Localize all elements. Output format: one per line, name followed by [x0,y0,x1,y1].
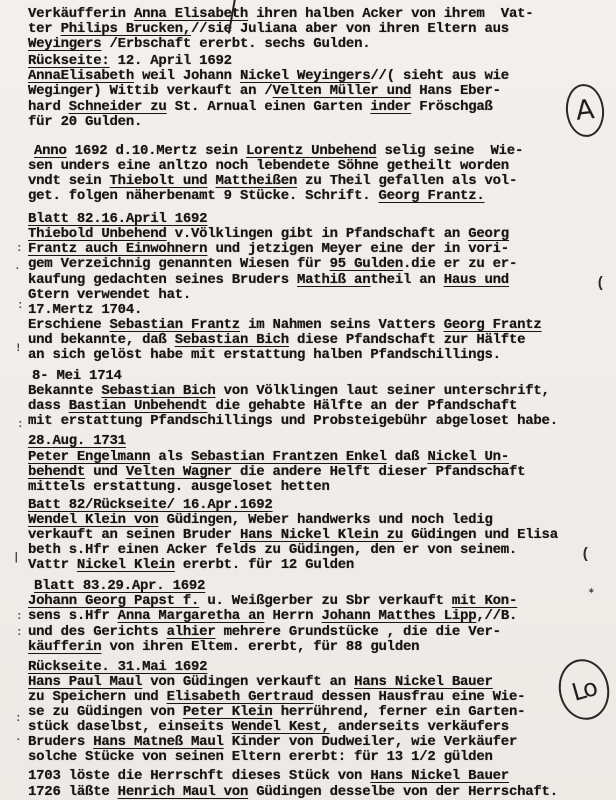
underlined-text: käufferin [28,639,101,655]
text-line: und bekannte, daß Sebastian Bich diese P… [28,333,610,348]
text-line: mit erstattung Pfandschillings und Probs… [28,414,610,429]
text-segment: von ihren Eltem. ererbt, für 88 gulden [101,639,419,655]
text-line: für 20 Gulden. [28,115,610,130]
text-segment: im Nahmen seins Vatters [240,317,444,333]
text-segment: die gehabte Hälfte an der Pfandschaft [207,398,517,414]
underlined-text: Schneider zu [69,99,167,115]
paragraph-block: Blatt 82.16.April 1692Thiebold Unbehend … [28,212,610,363]
text-line: 17.Mertz 1704. [28,303,610,318]
underlined-text: Sebastian Frantzen Enkel [191,449,387,465]
text-segment: Hans Eber- [411,83,501,99]
text-segment: 9 Stücke [224,188,289,204]
text-line: Peter Engelmann als Sebastian Frantzen E… [28,450,610,465]
text-segment: Bruders [28,734,93,750]
text-segment: 1692 d.10.Mertz sein [67,143,246,159]
text-line: Erschiene Sebastian Frantz im Nahmen sei… [28,318,610,333]
text-line: Weyingers /Erbschaft ererbt. sechs Gulde… [28,37,610,52]
text-segment: sens s.Hfr [28,608,118,624]
margin-paren-mark-1: ( [596,275,605,292]
text-line: sen unders eine anltzo noch lebendete Sö… [28,159,610,174]
handwritten-star-mark: ✶ [588,584,595,598]
text-segment: /Erbschaft ererbt. sechs Gulden. [101,36,370,52]
text-segment: beth s.Hfr einen Acker felds zu Güdingen… [28,542,517,558]
scan-margin-mark: . [15,732,22,744]
paragraph-block: Batt 82/Rückseite/ 16.Apr.1692Wendel Kle… [28,498,610,573]
text-line: hard Schneider zu St. Arnual einen Garte… [28,100,610,115]
circled-a-label: A [574,94,596,127]
text-segment: u. Weißgerber zu Sbr verkauft [199,593,452,609]
scan-margin-mark: : [16,611,23,623]
text-line: se zu Güdingen von Peter Klein herrühren… [28,705,610,720]
underlined-text: behendt [28,464,85,480]
scan-margin-mark: : [15,713,22,725]
paragraph-block: Rückseite. 31.Mai 1692Hans Paul Maul von… [28,660,610,766]
text-line: zu Speichern und Elisabeth Gertraud dess… [28,690,610,705]
text-line: 1726 läßte Henrich Maul von Güdingen des… [28,785,610,800]
paragraph-block: Blatt 83.29.Apr. 1692Johann Georg Papst … [28,579,610,654]
text-line: vndt sein Thiebolt und Mattheißen zu The… [28,174,610,189]
underlined-text: Rückseite. 31.Mai 1692 [28,659,207,675]
margin-paren-mark-2: ( [581,546,590,563]
text-segment: und [85,464,126,480]
underlined-text: Anna Margaretha an [118,608,265,624]
text-segment: und jetzigen Meyer eine der in vori- [207,241,509,257]
underlined-text: Georg [468,226,509,242]
text-segment [207,173,215,189]
text-segment: Vattr [28,557,77,573]
text-segment: St. Arnual einen Garten [167,99,371,115]
underlined-text: Nickel Weyingers [240,68,370,84]
text-line: ter Philips Brucken,//sie Juliana aber v… [28,22,610,37]
text-line: Verkäufferin Anna Elisabeth ihren halben… [28,7,610,22]
underlined-text: 95 Gulden [330,256,403,272]
text-segment: und bekannte, daß [28,332,175,348]
text-segment: von Güdingen verkauft an [142,674,354,690]
scan-margin-mark: | [13,552,20,564]
scan-margin-mark: : [17,419,24,431]
text-segment: dass [28,398,69,414]
text-line: Blatt 82.16.April 1692 [28,212,610,227]
text-line: solche Stücke von seinen Eltern ererbt: … [28,750,610,765]
text-segment: an sich gelöst habe mit erstattung halbe… [28,347,501,363]
text-segment: 1703 löste die Herrschft dieses Stück vo… [28,768,370,784]
text-line: mittels erstattung. ausgeloset hetten [28,480,610,495]
text-segment: 8- Mei 1714 [32,368,122,384]
underlined-text: Hans Nickel Klein zu [240,527,403,543]
text-segment: Güdingen desselbe von der Herrschaft. [248,784,558,800]
text-line: Bekannte Sebastian Bich von Völklingen l… [28,384,610,399]
paragraph-block: Rückseite: 12. April 1692AnnaElisabeth w… [28,54,610,129]
text-segment: mehrere Grundstücke , die die Ver- [216,624,501,640]
text-segment: se zu Güdingen von [28,704,183,720]
text-segment: Erschiene [28,317,110,333]
underlined-text: 28.Aug. 1731 [28,433,126,449]
text-segment: 12. April 1692 [110,53,232,69]
text-segment: als [150,449,191,465]
text-segment: Kinder von Dudweiler, wie Verkäufer [224,734,517,750]
text-segment: selig seine Wie- [376,143,523,159]
text-line: behendt und Velten Wagner die andere Hel… [28,465,610,480]
underlined-text: inder [370,99,411,115]
text-line: 28.Aug. 1731 [28,434,610,449]
underlined-text: Hans Nickel Bauer [370,768,509,784]
paragraph-block: Verkäufferin Anna Elisabeth ihren halben… [28,7,610,52]
text-line: stück daselbst, einseits Wendel Kest, an… [28,720,610,735]
text-line: beth s.Hfr einen Acker felds zu Güdingen… [28,543,610,558]
scan-margin-mark: ! [15,343,22,355]
text-line: und des Gerichts alhier mehrere Grundstü… [28,625,610,640]
text-line: käufferin von ihren Eltem. ererbt, für 8… [28,640,610,655]
underlined-text: Elisabeth Gertraud [167,689,314,705]
text-segment: . Schrift. [289,188,379,204]
underlined-text: Johann Matthes Lipp [321,608,476,624]
text-line: get. folgen näherbenamt 9 Stücke. Schrif… [28,189,610,204]
paragraph-block: 8- Mei 1714Bekannte Sebastian Bich von V… [28,369,610,429]
text-line: Wendel Klein von Güdingen, Weber handwer… [28,513,610,528]
text-segment: Verkäufferin [28,6,134,22]
underlined-text: Sebastian Frantz [110,317,240,333]
text-segment: Güdingen, Weber handwerks und noch ledig [158,512,492,528]
underlined-text: Frantz auch Einwohnern [28,241,207,257]
text-segment: ,//B. [476,608,517,624]
underlined-text: Nickel Klein [77,557,175,573]
text-segment: ter [28,21,61,37]
underlined-text: Blatt 83.29.Apr. 1692 [34,578,205,594]
text-segment: Bekannte [28,383,101,399]
underlined-text: Hans Paul Maul [28,674,142,690]
underlined-text: Thiebolt und [110,173,208,189]
text-segment: ihren halben Acker von ihrem Vat- [248,6,533,22]
underlined-text: Weyingers [28,36,101,52]
text-segment: mit erstattung Pfandschillings und Probs… [28,413,558,429]
text-segment: .die er zu er- [403,256,517,272]
underlined-text: Wendel Kest, [232,719,330,735]
underlined-text: Philips Brucken, [61,21,191,37]
text-line: gem Verzeichnig genannten Wiesen für 95 … [28,257,610,272]
text-segment: die andere Helft dieser Pfandschaft [232,464,525,480]
underlined-text: Hans Nickel Bauer [354,674,493,690]
underlined-text: Lorentz Unbehend [246,143,376,159]
underlined-text: Thiebold Unbehend [28,226,167,242]
text-segment: vndt sein [28,173,110,189]
underlined-text: Velten Müller und [273,83,412,99]
text-segment: //( sieht aus wie [370,68,509,84]
underlined-text: Nickel Un- [427,449,509,465]
text-line: Batt 82/Rückseite/ 16.Apr.1692 [28,498,610,513]
text-segment: 1726 läßte [28,784,118,800]
underlined-text: alhier [167,624,216,640]
text-segment: Gtern verwendet hat. [28,287,191,303]
text-line: Anno 1692 d.10.Mertz sein Lorentz Unbehe… [28,144,610,159]
text-line: 1703 löste die Herrschft dieses Stück vo… [28,769,610,784]
underlined-text: Batt 82/Rückseite/ 16.Apr.1692 [28,497,273,513]
text-line: sens s.Hfr Anna Margaretha an Herrn Joha… [28,609,610,624]
underlined-text: AnnaElisabeth [28,68,134,84]
underlined-text: Peter Klein [183,704,273,720]
underlined-text: Anno [34,143,67,159]
underlined-text: Peter Engelmann [28,449,150,465]
text-segment: get. folgen näherbenamt [28,188,224,204]
circled-lo-label: Lo [569,673,599,706]
text-segment: und des Gerichts [28,624,167,640]
text-line: Vattr Nickel Klein ererbt. für 12 Gulden [28,558,610,573]
paragraph-block: 1703 löste die Herrschft dieses Stück vo… [28,769,610,799]
text-segment: anderseits verkäufers [330,719,509,735]
text-line: 8- Mei 1714 [28,369,610,384]
text-segment: zu Speichern und [28,689,167,705]
text-line: Weginger) Wittib verkauft an /Velten Mül… [28,84,610,99]
text-segment: stück daselbst, einseits [28,719,232,735]
underlined-text: Rückseite: [28,53,110,69]
text-segment: ererbt. für 12 Gulden [175,557,354,573]
text-segment: diese Pfandschaft zur Hälfte [289,332,525,348]
text-segment: theil an [370,272,443,288]
text-segment: von Völklingen laut seiner unterschrift, [216,383,550,399]
text-segment: für 20 Gulden. [28,114,142,130]
paragraph-block: 28.Aug. 1731Peter Engelmann als Sebastia… [28,434,610,494]
underlined-text: Wendel Klein von [28,512,158,528]
text-line: Rückseite. 31.Mai 1692 [28,660,610,675]
underlined-text: mit Kon- [452,593,517,609]
scan-margin-mark: : [17,300,24,312]
text-segment: weil Johann [134,68,240,84]
underlined-text: Sebastian Bich [101,383,215,399]
text-segment: //sie Juliana aber von ihren Eltern aus [191,21,509,37]
scanned-document-page: Verkäufferin Anna Elisabeth ihren halben… [0,0,616,800]
text-segment: Weginger) Wittib verkauft an / [28,83,273,99]
scan-margin-mark: : [16,627,23,639]
underlined-text: Mathiß an [297,272,370,288]
underlined-text: Georg Frantz [444,317,542,333]
text-segment: Güdingen und Elisa [403,527,558,543]
text-line: Gtern verwendet hat. [28,288,610,303]
text-segment: hard [28,99,69,115]
text-line: Hans Paul Maul von Güdingen verkauft an … [28,675,610,690]
underlined-text: Bastian Unbehendt [69,398,208,414]
underlined-text: Georg Frantz. [379,188,485,204]
text-line: kaufung gedachten seines Bruders Mathiß … [28,273,610,288]
document-body: Verkäufferin Anna Elisabeth ihren halben… [28,7,610,800]
text-segment: herrührend, ferner ein Garten- [273,704,526,720]
text-segment: solche Stücke von seinen Eltern ererbt: … [28,749,493,765]
underlined-text: Blatt 82.16.April 1692 [28,211,207,227]
text-segment: verkauft an seinen Bruder [28,527,240,543]
underlined-text: Sebastian Bich [175,332,289,348]
underlined-text: Henrich Maul von [118,784,248,800]
paragraph-block: Anno 1692 d.10.Mertz sein Lorentz Unbehe… [28,144,610,204]
text-segment: mittels erstattung. ausgeloset hetten [28,479,330,495]
underlined-text: Johann Georg Papst f. [28,593,199,609]
text-segment: 17.Mertz 1704. [28,302,142,318]
text-segment: kaufung gedachten seines Bruders [28,272,297,288]
text-segment: daß [387,449,428,465]
underlined-text: Hans Matneß Maul [93,734,223,750]
text-line: verkauft an seinen Bruder Hans Nickel Kl… [28,528,610,543]
underlined-text: Haus und [444,272,509,288]
text-segment: dessen Hausfrau eine Wie- [313,689,525,705]
text-segment: Fröschgaß [411,99,493,115]
text-segment: sen unders eine anltzo noch lebendete Sö… [28,158,509,174]
underlined-text: Velten Wagner [126,464,232,480]
text-segment: Herrn [264,608,321,624]
scan-margin-mark: : [16,243,23,255]
text-segment: v.Völklingen gibt in Pfandschaft an [167,226,469,242]
text-segment: gem Verzeichnig genannten Wiesen für [28,256,330,272]
text-line: an sich gelöst habe mit erstattung halbe… [28,348,610,363]
text-segment: zu Theil gefallen als vol- [297,173,517,189]
underlined-text: Mattheißen [216,173,298,189]
scan-margin-mark: . [14,261,21,273]
